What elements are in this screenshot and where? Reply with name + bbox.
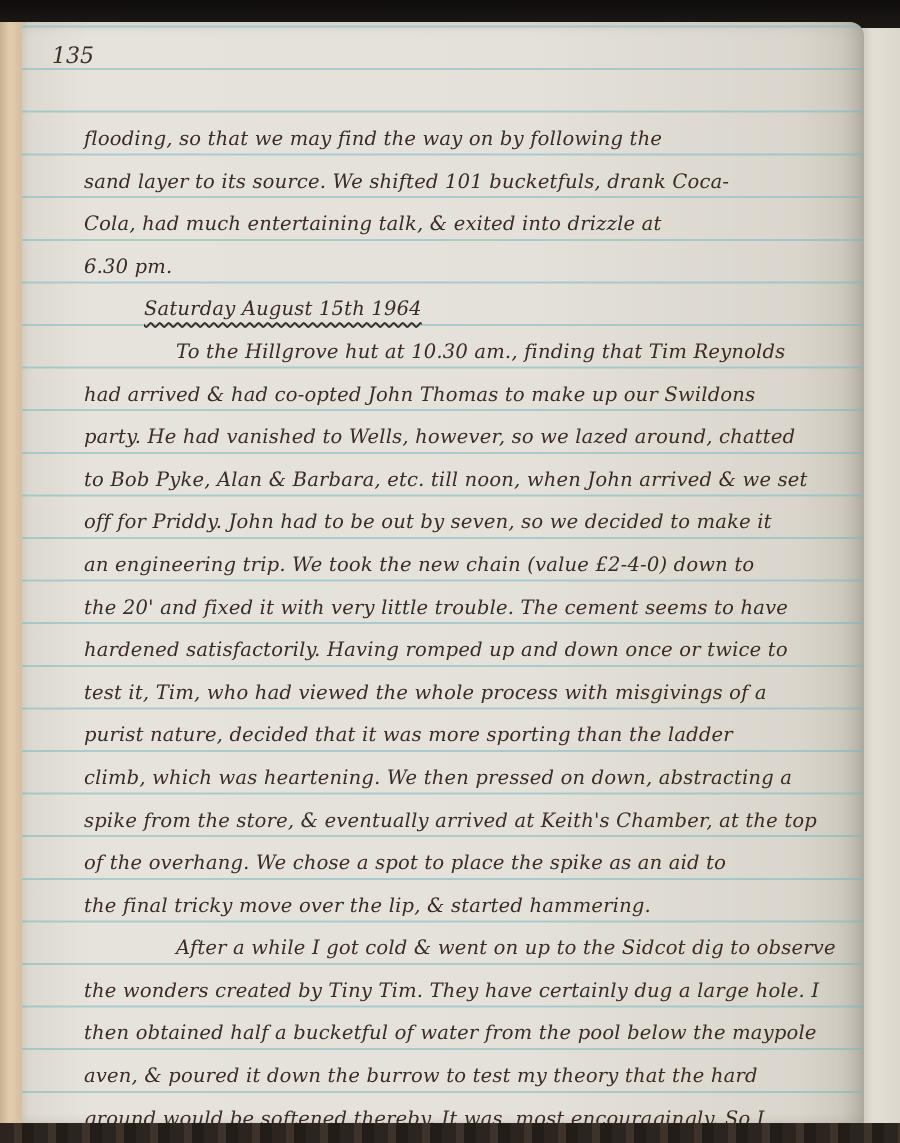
photo-scene: 135 flooding, so that we may find the wa… xyxy=(0,0,900,1143)
table-surface xyxy=(0,1123,900,1143)
page-number: 135 xyxy=(52,44,94,69)
text-line: sand layer to its source. We shifted 101… xyxy=(84,161,854,204)
text-line: purist nature, decided that it was more … xyxy=(84,714,854,757)
text-line: the final tricky move over the lip, & st… xyxy=(84,885,854,928)
text-line: had arrived & had co-opted John Thomas t… xyxy=(84,374,854,417)
page-stack-edge xyxy=(861,28,900,1123)
entry-date: Saturday August 15th 1964 xyxy=(84,288,422,331)
text-line: an engineering trip. We took the new cha… xyxy=(84,544,854,587)
text-line: hardened satisfactorily. Having romped u… xyxy=(84,629,854,672)
text-line: then obtained half a bucketful of water … xyxy=(84,1012,854,1055)
text-line: off for Priddy. John had to be out by se… xyxy=(84,501,854,544)
notebook-page: 135 flooding, so that we may find the wa… xyxy=(22,22,864,1130)
entry-date-heading: Saturday August 15th 1964 xyxy=(84,288,854,331)
text-line: Cola, had much entertaining talk, & exit… xyxy=(84,203,854,246)
text-line: of the overhang. We chose a spot to plac… xyxy=(84,842,854,885)
text-line: To the Hillgrove hut at 10.30 am., findi… xyxy=(84,331,854,374)
text-line: to Bob Pyke, Alan & Barbara, etc. till n… xyxy=(84,459,854,502)
text-line: spike from the store, & eventually arriv… xyxy=(84,800,854,843)
text-line: the 20' and fixed it with very little tr… xyxy=(84,587,854,630)
handwritten-text: flooding, so that we may find the way on… xyxy=(84,118,854,1130)
text-line: flooding, so that we may find the way on… xyxy=(84,118,854,161)
text-line: climb, which was heartening. We then pre… xyxy=(84,757,854,800)
text-line: After a while I got cold & went on up to… xyxy=(84,927,854,970)
text-line: test it, Tim, who had viewed the whole p… xyxy=(84,672,854,715)
text-line: party. He had vanished to Wells, however… xyxy=(84,416,854,459)
text-line: aven, & poured it down the burrow to tes… xyxy=(84,1055,854,1098)
text-line: 6.30 pm. xyxy=(84,246,854,289)
text-line: the wonders created by Tiny Tim. They ha… xyxy=(84,970,854,1013)
